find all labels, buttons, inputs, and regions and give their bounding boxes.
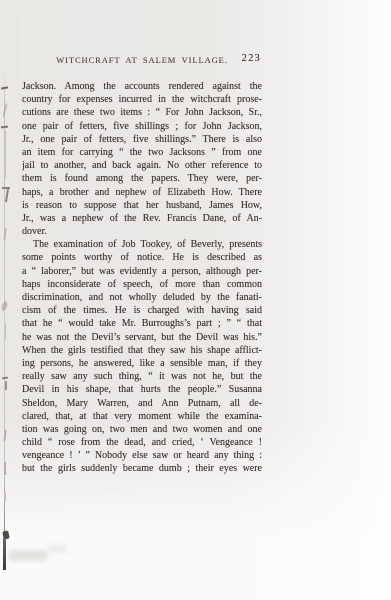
text-line: Jr., was a nephew of the Rev. Francis Da… (22, 212, 262, 225)
text-line: some points worthy of notice. He is desc… (22, 251, 262, 264)
paragraph: The examination of Job Tookey, of Beverl… (22, 238, 262, 475)
text-line: them is found among the papers. They wer… (22, 172, 262, 185)
scan-artifact (17, 16, 18, 82)
text-line: When the girls testified that they saw h… (22, 344, 262, 357)
margin-pencil-mark (5, 381, 7, 390)
margin-pencil-mark (4, 492, 6, 502)
text-line: cutions are these two items : “ For John… (22, 106, 262, 119)
text-line: that he “ would take Mr. Burroughs’s par… (22, 317, 262, 330)
paragraph: Jackson. Among the accounts rendered aga… (22, 80, 262, 238)
margin-pencil-mark (5, 323, 6, 339)
text-line: one pair of fetters, five shillings ; fo… (22, 120, 262, 133)
running-head: WITCHCRAFT AT SALEM VILLAGE. 223 (22, 55, 262, 69)
margin-pencil-mark (4, 228, 7, 240)
text-line: vengeance ! ’ ” Nobody else saw or heard… (22, 449, 262, 462)
text-line: The examination of Job Tookey, of Beverl… (22, 238, 262, 251)
text-line: he was not the Devil’s servant, but the … (22, 331, 262, 344)
running-head-title: WITCHCRAFT AT SALEM VILLAGE. (22, 55, 262, 65)
scan-smudge (9, 550, 47, 561)
margin-pencil-mark (5, 131, 6, 178)
text-line: a “ laborer,” but was evidently a person… (22, 265, 262, 278)
text-line: but the girls suddenly became dumb ; the… (22, 462, 262, 475)
margin-pencil-mark (4, 462, 6, 475)
text-line: child “ rose from the dead, and cried, ‘… (22, 436, 262, 449)
text-line: Sheldon, Mary Warren, and Ann Putnam, al… (22, 397, 262, 410)
text-line: Devil in his shape, that hurts the peopl… (22, 383, 262, 396)
text-line: country for expenses incurred in the wit… (22, 93, 262, 106)
text-line: clared, that, at that very moment while … (22, 410, 262, 423)
margin-pencil-mark (1, 126, 8, 129)
book-page: WITCHCRAFT AT SALEM VILLAGE. 223 Jackson… (0, 0, 391, 600)
text-line: haps inconsiderate of speech, of more th… (22, 278, 262, 291)
scan-smudge (48, 545, 66, 553)
margin-pencil-mark (1, 300, 9, 311)
text-line: really saw any such thing, “ it was not … (22, 370, 262, 383)
margin-pencil-mark (4, 430, 7, 441)
text-line: is reason to suppose that her husband, J… (22, 199, 262, 212)
text-line: an item for carrying “ the two Jacksons … (22, 146, 262, 159)
text-line: cism of the times. He is charged with ha… (22, 304, 262, 317)
text-line: dover. (22, 225, 262, 238)
text-line: haps, a brother and nephew of Elizabeth … (22, 186, 262, 199)
text-line: Jackson. Among the accounts rendered aga… (22, 80, 262, 93)
text-line: ing persons, he answered, like a sensibl… (22, 357, 262, 370)
margin-pencil-mark (5, 189, 9, 202)
text-line: jail to another, and back again. No othe… (22, 159, 262, 172)
page-number: 223 (242, 53, 261, 64)
text-line: discrimination, and not wholly deluded b… (22, 291, 262, 304)
text-line: tion was going on, two men and two women… (22, 423, 262, 436)
margin-pencil-mark (2, 377, 8, 380)
body-text: Jackson. Among the accounts rendered aga… (22, 80, 262, 476)
text-line: Jr., one pair of fetters, five shillings… (22, 133, 262, 146)
page-edge-mark (3, 538, 6, 570)
